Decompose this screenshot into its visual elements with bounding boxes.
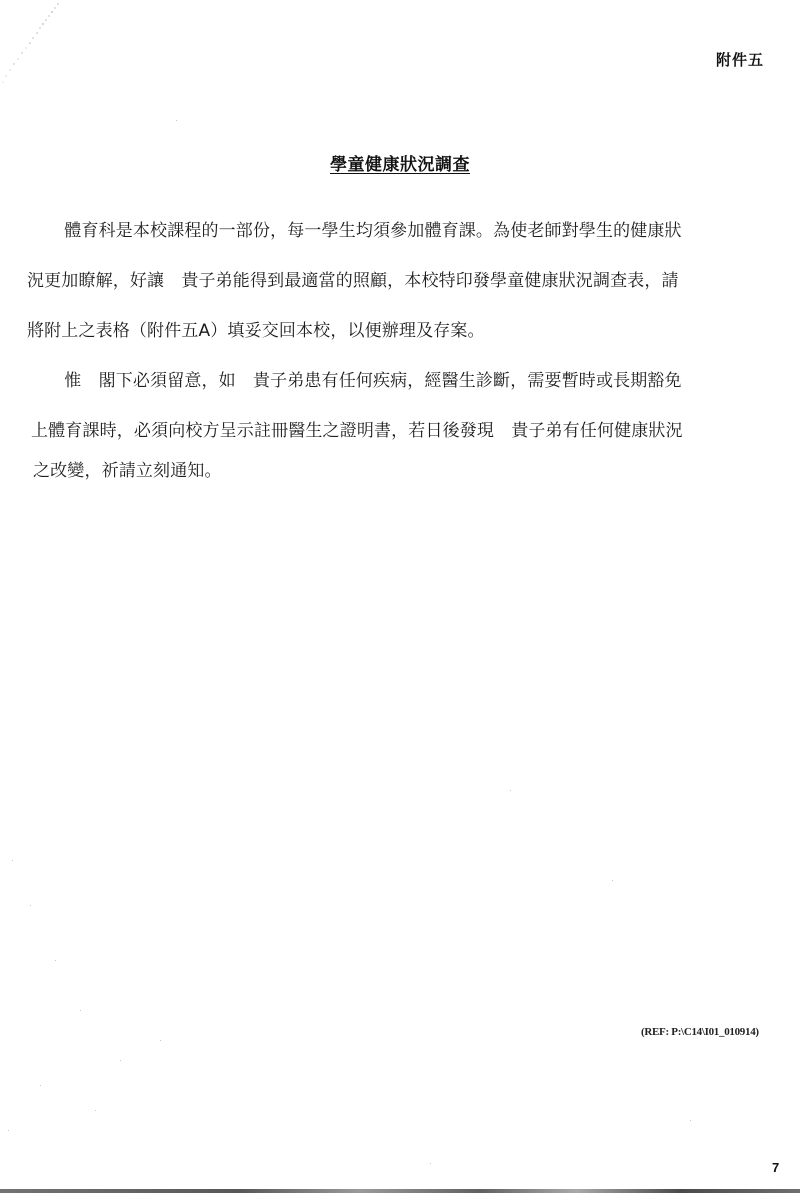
paragraph-line: 體育科是本校課程的一部份，每一學生均須參加體育課。為使老師對學生的健康狀 — [30, 216, 682, 241]
paragraph-line: 上體育課時，必須向校方呈示註冊醫生之證明書，若日後發現 貴子弟有任何健康狀況 — [31, 416, 683, 441]
paragraph-line: 之改變，祈請立刻通知。 — [33, 456, 222, 481]
paragraph-line: 將附上之表格（附件五A）填妥交回本校，以便辦理及存案。 — [27, 316, 485, 341]
paragraph-line: 惟 閣下必須留意，如 貴子弟患有任何疾病，經醫生診斷，需要暫時或長期豁免 — [30, 366, 682, 391]
scan-artifact-mark — [0, 0, 70, 95]
document-title: 學童健康狀況調查 — [330, 150, 470, 175]
paragraph-line: 況更加瞭解，好讓 貴子弟能得到最適當的照顧，本校特印發學童健康狀況調查表，請 — [27, 266, 679, 291]
page-number: 7 — [772, 1160, 779, 1175]
annex-label: 附件五 — [716, 49, 764, 70]
reference-code: (REF: P:\C14\I01_010914) — [641, 1026, 759, 1038]
scan-bottom-edge — [0, 1189, 800, 1193]
